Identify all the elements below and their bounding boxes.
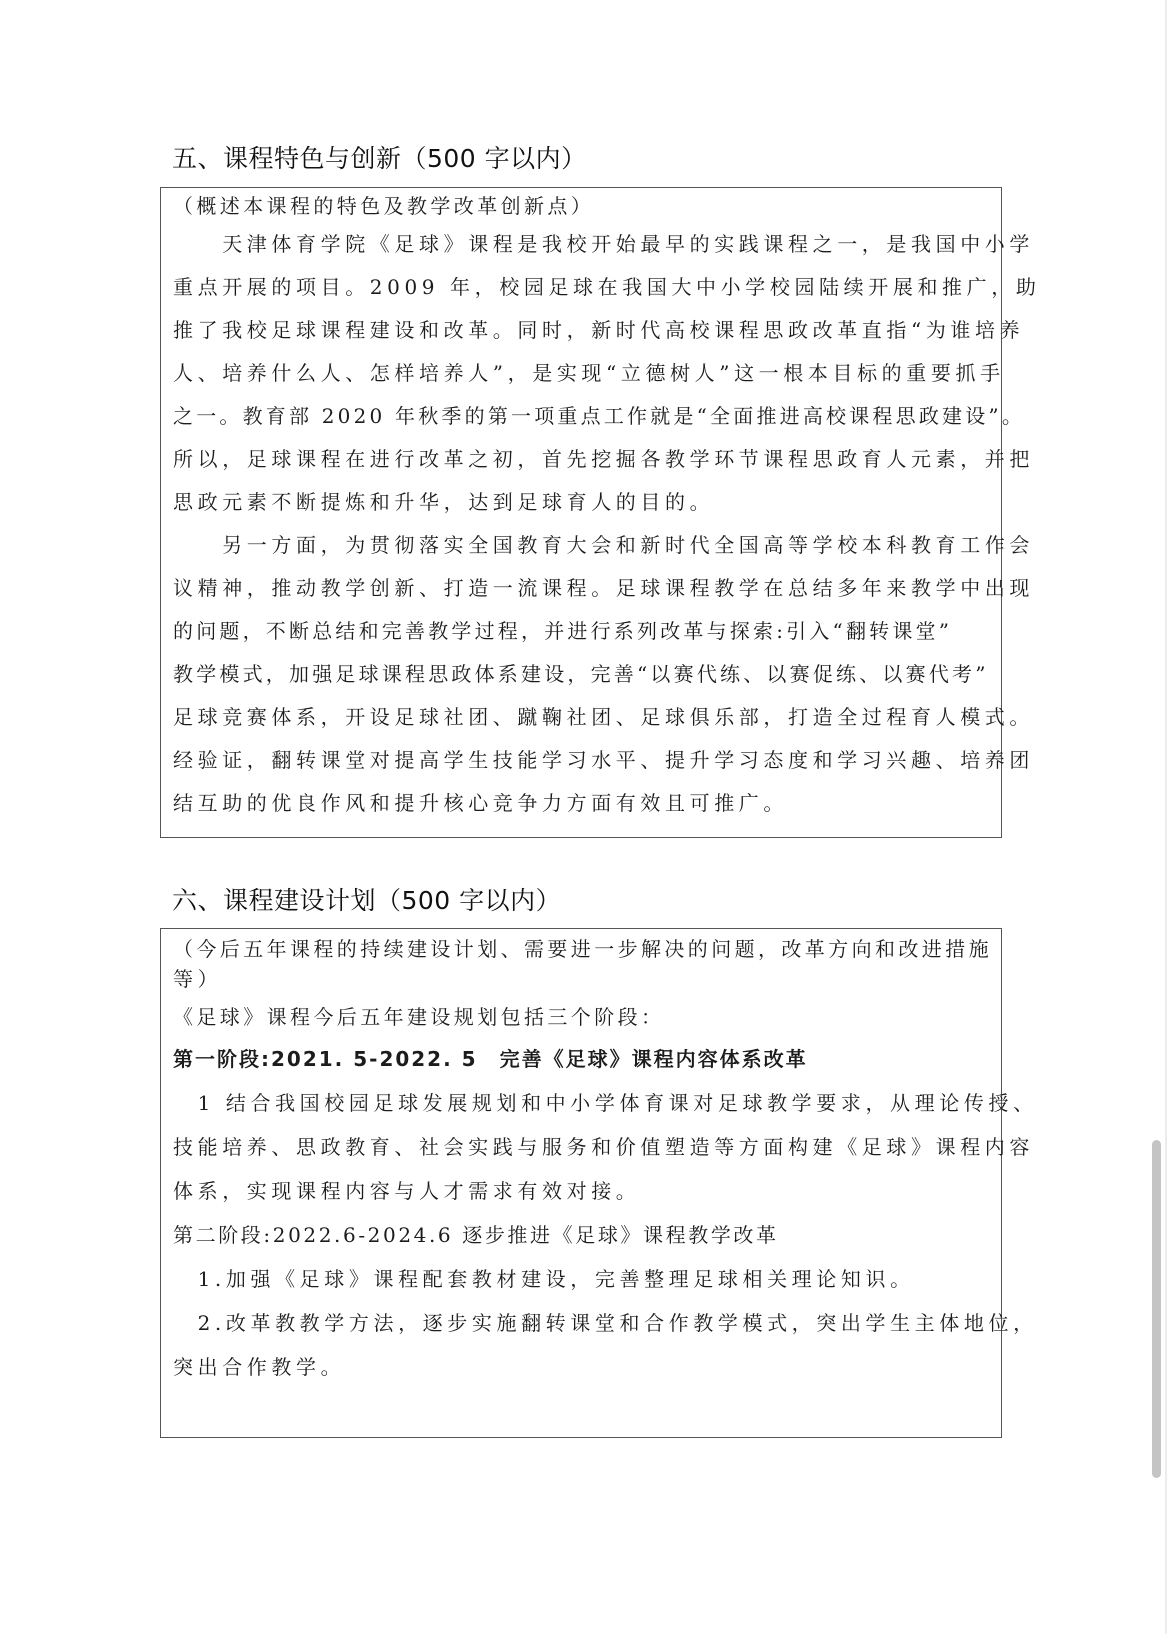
paragraph-line: 另一方面，为贯彻落实全国教育大会和新时代全国高等学校本科教育工作会: [173, 531, 1034, 559]
paragraph-line: 人、培养什么人、怎样培养人”，是实现“立德树人”这一根本目标的重要抓手: [173, 359, 1005, 387]
paragraph-line: 之一。教育部 2020 年秋季的第一项重点工作就是“全面推进高校课程思政建设”。: [173, 402, 1025, 430]
phase-2-heading: 第二阶段:2022.6-2024.6 逐步推进《足球》课程教学改革: [173, 1221, 779, 1249]
paragraph-line: 议精神，推动教学创新、打造一流课程。足球课程教学在总结多年来教学中出现: [173, 574, 1034, 602]
paragraph-line: 技能培养、思政教育、社会实践与服务和价值塑造等方面构建《足球》课程内容: [173, 1133, 1034, 1161]
paragraph-line: 1.加强《足球》课程配套教材建设，完善整理足球相关理论知识。: [173, 1265, 915, 1293]
scrollbar-thumb[interactable]: [1152, 1140, 1161, 1478]
section-6-hint: （今后五年课程的持续建设计划、需要进一步解决的问题，改革方向和改进措施: [173, 935, 992, 963]
section-6-title: 六、课程建设计划（500 字以内）: [172, 885, 561, 917]
paragraph-line: 《足球》课程今后五年建设规划包括三个阶段：: [173, 1003, 664, 1031]
phase-1-heading: 第一阶段:2021. 5-2022. 5 完善《足球》课程内容体系改革: [173, 1045, 808, 1073]
paragraph-line: 2.改革教教学方法，逐步实施翻转课堂和合作教学模式，突出学生主体地位，: [173, 1309, 1038, 1337]
section-5-textbox: （概述本课程的特色及教学改革创新点） 天津体育学院《足球》课程是我校开始最早的实…: [160, 187, 1002, 838]
paragraph-line: 体系，实现课程内容与人才需求有效对接。: [173, 1177, 640, 1205]
section-6-hint-cont: 等）: [173, 965, 222, 993]
scrollbar-track[interactable]: [1165, 0, 1167, 1634]
paragraph-line: 教学模式，加强足球课程思政体系建设，完善“以赛代练、以赛促练、以赛代考”: [173, 660, 989, 688]
paragraph-line: 所以，足球课程在进行改革之初，首先挖掘各教学环节课程思政育人元素，并把: [173, 445, 1034, 473]
paragraph-line: 的问题，不断总结和完善教学过程，并进行系列改革与探索:引入“翻转课堂”: [173, 617, 952, 645]
paragraph-line: 重点开展的项目。2009 年，校园足球在我国大中小学校园陆续开展和推广，助: [173, 273, 1040, 301]
document-page: 五、课程特色与创新（500 字以内） （概述本课程的特色及教学改革创新点） 天津…: [0, 0, 1160, 1634]
section-5-hint: （概述本课程的特色及教学改革创新点）: [173, 192, 594, 220]
paragraph-line: 天津体育学院《足球》课程是我校开始最早的实践课程之一，是我国中小学: [173, 230, 1034, 258]
paragraph-line: 突出合作教学。: [173, 1353, 345, 1381]
section-6-textbox: （今后五年课程的持续建设计划、需要进一步解决的问题，改革方向和改进措施 等） 《…: [160, 928, 1002, 1438]
paragraph-line: 1 结合我国校园足球发展规划和中小学体育课对足球教学要求，从理论传授、: [173, 1089, 1038, 1117]
paragraph-line: 足球竞赛体系，开设足球社团、蹴鞠社团、足球俱乐部，打造全过程育人模式。: [173, 703, 1034, 731]
section-5-title: 五、课程特色与创新（500 字以内）: [172, 143, 587, 175]
paragraph-line: 经验证，翻转课堂对提高学生技能学习水平、提升学习态度和学习兴趣、培养团: [173, 746, 1034, 774]
paragraph-line: 推了我校足球课程建设和改革。同时，新时代高校课程思政改革直指“为谁培养: [173, 316, 1024, 344]
paragraph-line: 结互助的优良作风和提升核心竞争力方面有效且可推广。: [173, 789, 788, 817]
paragraph-line: 思政元素不断提炼和升华，达到足球育人的目的。: [173, 488, 714, 516]
